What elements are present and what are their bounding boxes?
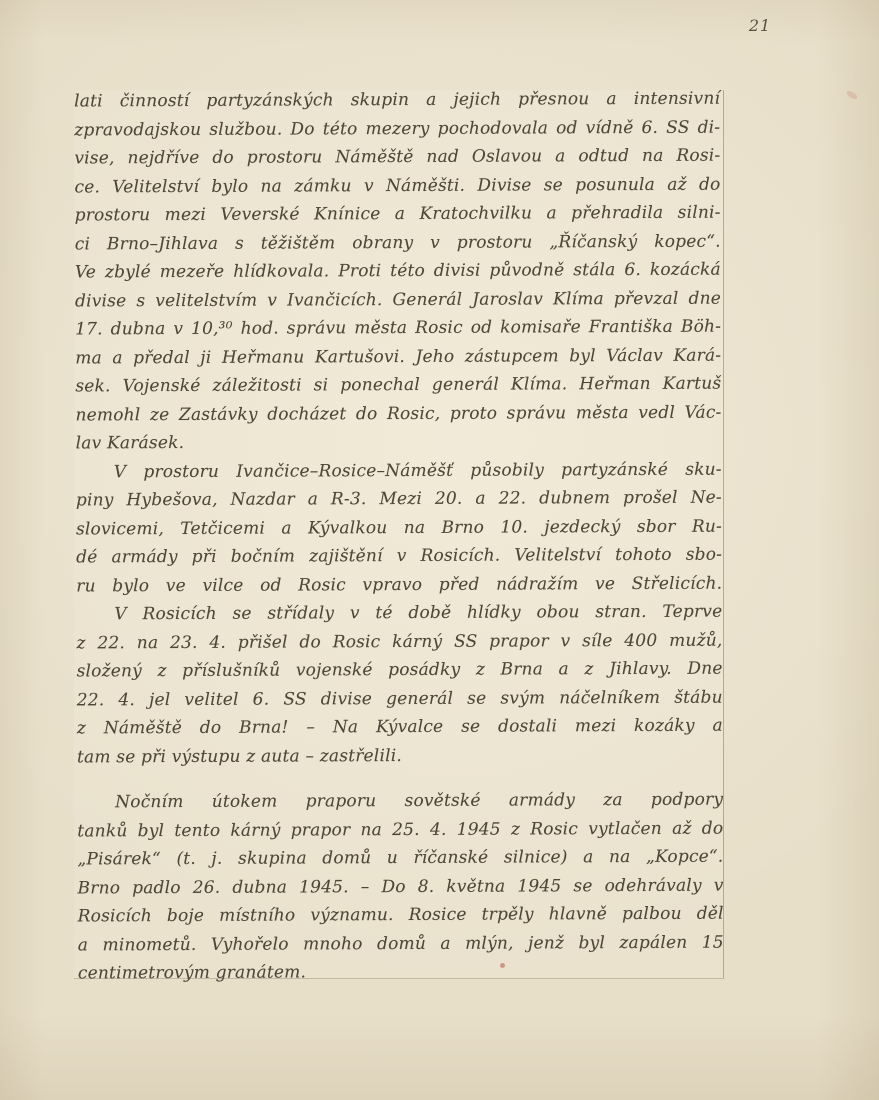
paragraph: V Rosicích se střídaly v té době hlídky … xyxy=(76,598,723,772)
text-line: ru bylo ve vilce od Rosic vpravo před ná… xyxy=(76,569,722,600)
paragraph: Nočním útokem praporu sovětské armády za… xyxy=(77,786,724,988)
text-line: centimetrovým granátem. xyxy=(78,957,724,988)
text-line: 17. dubna v 10,³⁰ hod. správu města Rosi… xyxy=(75,313,721,344)
text-line: nemohl ze Zastávky docházet do Rosic, pr… xyxy=(75,398,721,429)
text-block: lati činností partyzánských skupin a jej… xyxy=(74,85,724,988)
text-line: tanků byl tento kárný prapor na 25. 4. 1… xyxy=(77,814,723,845)
text-line: 22. 4. jel velitel 6. SS divise generál … xyxy=(77,683,723,714)
text-line: dé armády při bočním zajištění v Rosicíc… xyxy=(76,541,722,572)
text-line: Nočním útokem praporu sovětské armády za… xyxy=(77,786,723,817)
paragraph: lati činností partyzánských skupin a jej… xyxy=(74,85,722,458)
text-line: V prostoru Ivančice–Rosice–Náměšť působi… xyxy=(76,455,722,486)
text-line: složený z příslušníků vojenské posádky z… xyxy=(77,655,723,686)
text-line: lati činností partyzánských skupin a jej… xyxy=(74,85,720,116)
text-line: vise, nejdříve do prostoru Náměště nad O… xyxy=(74,142,720,173)
pink-smudge-mark xyxy=(845,89,858,100)
text-line: slovicemi, Tetčicemi a Kývalkou na Brno … xyxy=(76,512,722,543)
text-line: sek. Vojenské záležitosti si ponechal ge… xyxy=(75,370,721,401)
text-line: „Pisárek“ (t. j. skupina domů u říčanské… xyxy=(77,843,723,874)
text-line: Rosicích boje místního významu. Rosice t… xyxy=(78,900,724,931)
text-line: ma a předal ji Heřmanu Kartušovi. Jeho z… xyxy=(75,341,721,372)
text-line: tam se při výstupu z auta – zastřelili. xyxy=(77,740,723,771)
text-line: a minometů. Vyhořelo mnoho domů a mlýn, … xyxy=(78,928,724,959)
text-line: z 22. na 23. 4. přišel do Rosic kárný SS… xyxy=(76,626,722,657)
text-line: prostoru mezi Veverské Knínice a Kratoch… xyxy=(75,199,721,230)
text-line: zpravodajskou službou. Do této mezery po… xyxy=(74,113,720,144)
paragraph: V prostoru Ivančice–Rosice–Náměšť působi… xyxy=(76,455,723,600)
text-line: divise s velitelstvím v Ivančicích. Gene… xyxy=(75,284,721,315)
text-line: z Náměště do Brna! – Na Kývalce se dosta… xyxy=(77,712,723,743)
page-number: 21 xyxy=(738,16,782,35)
text-line: lav Karásek. xyxy=(76,427,722,458)
text-line: ci Brno–Jihlava s těžištěm obrany v pros… xyxy=(75,227,721,258)
text-line: V Rosicích se střídaly v té době hlídky … xyxy=(76,598,722,629)
manuscript-page: 21 lati činností partyzánských skupin a … xyxy=(0,0,879,1100)
text-line: ce. Velitelství bylo na zámku v Náměšti.… xyxy=(74,170,720,201)
text-line: Ve zbylé mezeře hlídkovala. Proti této d… xyxy=(75,256,721,287)
text-line: piny Hybešova, Nazdar a R-3. Mezi 20. a … xyxy=(76,484,722,515)
text-line: Brno padlo 26. dubna 1945. – Do 8. květn… xyxy=(77,871,723,902)
